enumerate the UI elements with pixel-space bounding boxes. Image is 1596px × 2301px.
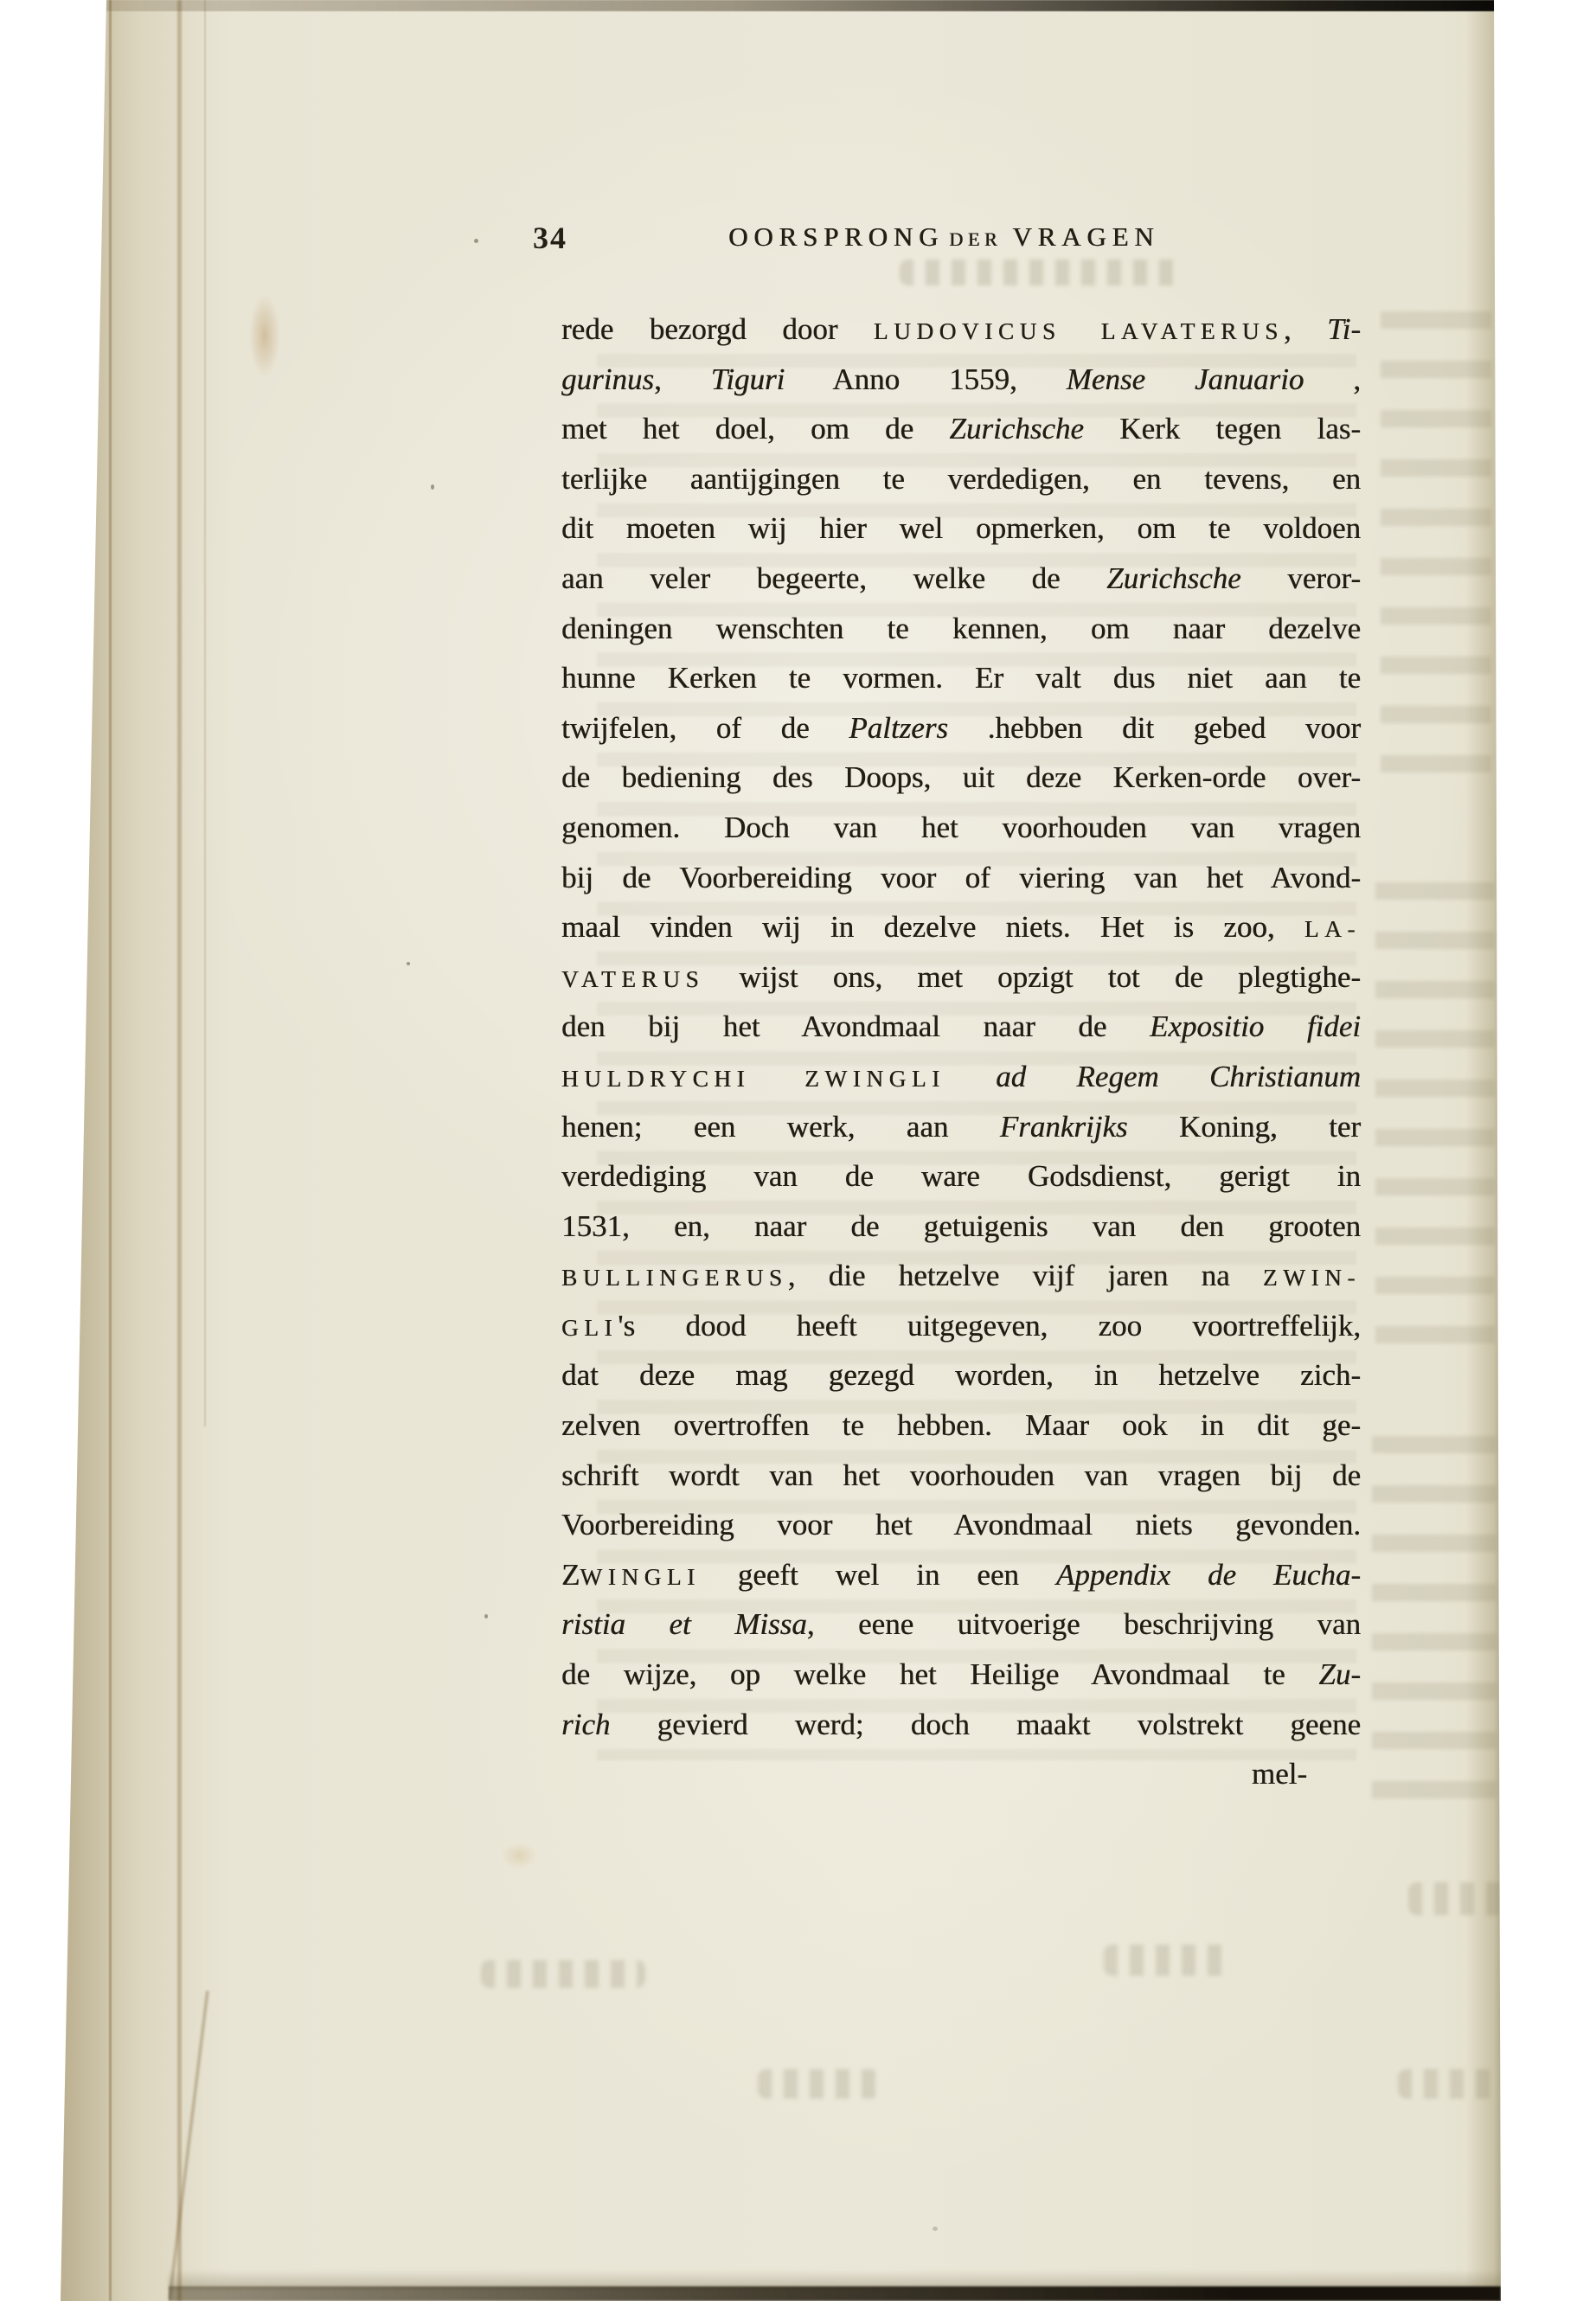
- ink-speck: [431, 484, 434, 490]
- italic-text: Expositio fidei: [1150, 1009, 1361, 1043]
- text-line: rede bezorgd door LUDOVICUS LAVATERUS, T…: [561, 304, 1361, 355]
- running-header: OORSPRONGDERVRAGEN: [728, 221, 1159, 253]
- text-line: 1531, en, naar de getuigenis van den gro…: [561, 1202, 1361, 1252]
- book-page: 34 OORSPRONGDERVRAGEN rede bezorgd door …: [0, 0, 1596, 2301]
- roman-text: ,: [1284, 312, 1327, 346]
- small-caps-text: LUDOVICUS LAVATERUS: [874, 318, 1284, 344]
- italic-text: gurinus: [561, 362, 654, 396]
- text-line: dat deze mag gezegd worden, in hetzelve …: [561, 1350, 1361, 1400]
- bleedthrough-ghost: [758, 2069, 879, 2099]
- text-line: dit moeten wij hier wel opmerken, om te …: [561, 503, 1361, 554]
- text-line: deningen wenschten te kennen, om naar de…: [561, 604, 1361, 654]
- text-line: henen; een werk, aan Frankrijks Koning, …: [561, 1102, 1361, 1152]
- ink-speck: [407, 962, 410, 965]
- roman-text: rede bezorgd door: [561, 312, 874, 346]
- page-edge-crease: [109, 0, 112, 2301]
- text-line: gurinus, Tiguri Anno 1559, Mense Januari…: [561, 355, 1361, 405]
- roman-text: wijst ons, met opzigt tot de plegtighe-: [704, 960, 1361, 994]
- roman-text: Z: [561, 1558, 580, 1592]
- text-line: verdediging van de ware Godsdienst, geri…: [561, 1151, 1361, 1202]
- small-caps-text: GLI: [561, 1315, 618, 1341]
- italic-text: Appendix de Eucha-: [1056, 1558, 1361, 1592]
- text-line: Voorbereiding voor het Avondmaal niets g…: [561, 1500, 1361, 1550]
- italic-text: Mense Januario: [1067, 362, 1304, 396]
- roman-text: maal vinden wij in dezelve niets. Het is…: [561, 910, 1304, 944]
- roman-text: henen; een werk, aan: [561, 1110, 1000, 1144]
- text-line: met het doel, om de Zurichsche Kerk tege…: [561, 404, 1361, 454]
- top-scan-edge: [106, 0, 1496, 11]
- small-caps-text: LA-: [1304, 916, 1361, 942]
- small-caps-text: BULLINGERUS: [561, 1265, 788, 1291]
- italic-text: ristia et Missa: [561, 1607, 807, 1641]
- text-line: den bij het Avondmaal naar de Expositio …: [561, 1002, 1361, 1052]
- roman-text: schrift wordt van het voorhouden van vra…: [561, 1458, 1361, 1492]
- text-line: VATERUS wijst ons, met opzigt tot de ple…: [561, 952, 1361, 1003]
- right-edge-shadow: [1465, 0, 1501, 2301]
- italic-text: Ti-: [1327, 312, 1361, 346]
- roman-text: , eene uitvoerige beschrijving van: [807, 1607, 1361, 1641]
- roman-text: Kerk tegen las-: [1084, 412, 1361, 445]
- text-line: de bediening des Doops, uit deze Kerken-…: [561, 753, 1361, 803]
- small-caps-text: VATERUS: [561, 966, 704, 992]
- text-line: schrift wordt van het voorhouden van vra…: [561, 1451, 1361, 1501]
- roman-text: terlijke aantijgingen te verdedigen, en …: [561, 462, 1361, 496]
- text-line: BULLINGERUS, die hetzelve vijf jaren na …: [561, 1251, 1361, 1301]
- ink-speck: [933, 2227, 938, 2231]
- small-caps-text: ZWIN-: [1263, 1265, 1361, 1291]
- roman-text: twijfelen, of de: [561, 711, 849, 745]
- text-line: hunne Kerken te vormen. Er valt dus niet…: [561, 653, 1361, 703]
- gutter-shadow: [61, 0, 234, 2301]
- page-edge-crease: [177, 0, 182, 2301]
- roman-text: dat deze mag gezegd worden, in hetzelve …: [561, 1358, 1361, 1392]
- running-header-word: VRAGEN: [1012, 221, 1159, 252]
- text-line: ZWINGLI geeft wel in een Appendix de Euc…: [561, 1550, 1361, 1600]
- roman-text: , die hetzelve vijf jaren na: [788, 1259, 1263, 1292]
- page-number: 34: [533, 220, 567, 256]
- roman-text: Voorbereiding voor het Avondmaal niets g…: [561, 1508, 1361, 1541]
- italic-text: Zu-: [1318, 1657, 1361, 1691]
- roman-text: Koning, ter: [1128, 1110, 1361, 1144]
- text-line: HULDRYCHI ZWINGLI ad Regem Christianum: [561, 1052, 1361, 1102]
- bleedthrough-ghost: [900, 260, 1185, 285]
- roman-text: 's dood heeft uitgegeven, zoo voortreffe…: [618, 1309, 1361, 1343]
- bleedthrough-ghost: [1104, 1945, 1234, 1976]
- roman-text: ,: [1304, 362, 1361, 396]
- roman-text: bij de Voorbereiding voor of viering van…: [561, 861, 1361, 894]
- italic-text: Zurichsche: [1106, 561, 1241, 595]
- text-line: ristia et Missa, eene uitvoerige beschri…: [561, 1599, 1361, 1650]
- small-caps-text: HULDRYCHI ZWINGLI: [561, 1066, 945, 1092]
- page-edge-crease: [204, 0, 206, 1426]
- italic-text: Zurichsche: [949, 412, 1084, 445]
- roman-text: de wijze, op welke het Heilige Avondmaal…: [561, 1657, 1318, 1691]
- roman-text: [945, 1060, 996, 1093]
- roman-text: Anno 1559,: [785, 362, 1066, 396]
- small-caps-text: WINGLI: [580, 1564, 700, 1590]
- text-line: maal vinden wij in dezelve niets. Het is…: [561, 902, 1361, 952]
- italic-text: Paltzers: [849, 711, 948, 745]
- text-block: rede bezorgd door LUDOVICUS LAVATERUS, T…: [561, 304, 1361, 1749]
- roman-text: geeft wel in een: [701, 1558, 1056, 1592]
- italic-text: Frankrijks: [1000, 1110, 1128, 1144]
- italic-text: rich: [561, 1708, 610, 1741]
- text-line: de wijze, op welke het Heilige Avondmaal…: [561, 1650, 1361, 1700]
- roman-text: hunne Kerken te vormen. Er valt dus niet…: [561, 661, 1361, 695]
- bleedthrough-ghost: [481, 1960, 645, 1988]
- roman-text: genomen. Doch van het voorhouden van vra…: [561, 811, 1361, 844]
- roman-text: met het doel, om de: [561, 412, 949, 445]
- text-line: zelven overtroffen te hebben. Maar ook i…: [561, 1400, 1361, 1451]
- roman-text: verdediging van de ware Godsdienst, geri…: [561, 1159, 1361, 1193]
- running-header-word: DER: [949, 228, 1002, 250]
- roman-text: veror-: [1241, 561, 1361, 595]
- roman-text: aan veler begeerte, welke de: [561, 561, 1106, 595]
- roman-text: .hebben dit gebed voor: [948, 711, 1361, 745]
- italic-text: Tiguri: [711, 362, 785, 396]
- italic-text: ad Regem Christianum: [996, 1060, 1361, 1093]
- roman-text: deningen wenschten te kennen, om naar de…: [561, 612, 1361, 645]
- running-header-word: OORSPRONG: [728, 221, 944, 252]
- ink-speck: [484, 1614, 488, 1618]
- catchword: mel-: [561, 1749, 1361, 1799]
- roman-text: gevierd werd; doch maakt volstrekt geene: [610, 1708, 1361, 1741]
- text-line: aan veler begeerte, welke de Zurichsche …: [561, 554, 1361, 604]
- roman-text: 1531, en, naar de getuigenis van den gro…: [561, 1209, 1361, 1243]
- roman-text: dit moeten wij hier wel opmerken, om te …: [561, 511, 1361, 545]
- text-line: twijfelen, of de Paltzers .hebben dit ge…: [561, 703, 1361, 753]
- text-line: GLI's dood heeft uitgegeven, zoo voortre…: [561, 1301, 1361, 1351]
- text-line: rich gevierd werd; doch maakt volstrekt …: [561, 1700, 1361, 1750]
- text-line: genomen. Doch van het voorhouden van vra…: [561, 803, 1361, 853]
- ink-speck: [474, 239, 478, 243]
- roman-text: zelven overtroffen te hebben. Maar ook i…: [561, 1408, 1361, 1442]
- text-line: bij de Voorbereiding voor of viering van…: [561, 853, 1361, 903]
- roman-text: den bij het Avondmaal naar de: [561, 1009, 1150, 1043]
- bottom-scan-edge: [169, 2286, 1501, 2301]
- roman-text: ,: [654, 362, 711, 396]
- text-line: terlijke aantijgingen te verdedigen, en …: [561, 454, 1361, 504]
- roman-text: de bediening des Doops, uit deze Kerken-…: [561, 760, 1361, 794]
